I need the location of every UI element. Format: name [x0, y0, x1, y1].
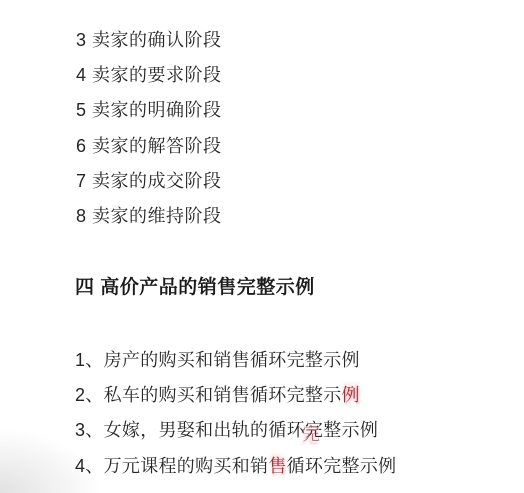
- stage-item: 4 卖家的要求阶段: [76, 58, 222, 93]
- example-item: 3、女嫁，男娶和出轨的循环完整示例: [75, 413, 396, 448]
- document-page: 3 卖家的确认阶段4 卖家的要求阶段5 卖家的明确阶段6 卖家的解答阶段7 卖家…: [0, 0, 524, 493]
- stage-item: 5 卖家的明确阶段: [76, 93, 222, 128]
- example-list: 1、房产的购买和销售循环完整示例2、私车的购买和销售循环完整示例3、女嫁，男娶和…: [75, 343, 396, 484]
- stage-item: 7 卖家的成交阶段: [76, 164, 222, 199]
- text-segment: 2、私车的购买和销售循环完整示: [75, 385, 342, 405]
- section-heading: 四 高价产品的销售完整示例: [75, 270, 315, 305]
- text-segment: 整示例: [323, 420, 378, 440]
- stage-item: 8 卖家的维持阶段: [76, 199, 222, 234]
- text-segment: 3、女嫁，男娶和出轨的循环: [75, 420, 305, 440]
- text-segment: 循环完整示例: [287, 456, 397, 476]
- text-segment: 4、万元课程的购买和销: [75, 456, 268, 476]
- stage-list: 3 卖家的确认阶段4 卖家的要求阶段5 卖家的明确阶段6 卖家的解答阶段7 卖家…: [76, 23, 222, 234]
- stage-item: 6 卖家的解答阶段: [76, 129, 222, 164]
- example-item: 4、万元课程的购买和销售循环完整示例: [75, 449, 396, 484]
- example-item: 2、私车的购买和销售循环完整示例: [75, 378, 396, 413]
- red-overlay-char: 完: [305, 413, 323, 448]
- red-annotated-char: 售: [268, 456, 286, 476]
- stage-item: 3 卖家的确认阶段: [76, 23, 222, 58]
- example-item: 1、房产的购买和销售循环完整示例: [75, 343, 396, 378]
- text-segment: 1、房产的购买和销售循环完整示例: [75, 350, 360, 370]
- red-annotated-char: 例: [342, 385, 360, 405]
